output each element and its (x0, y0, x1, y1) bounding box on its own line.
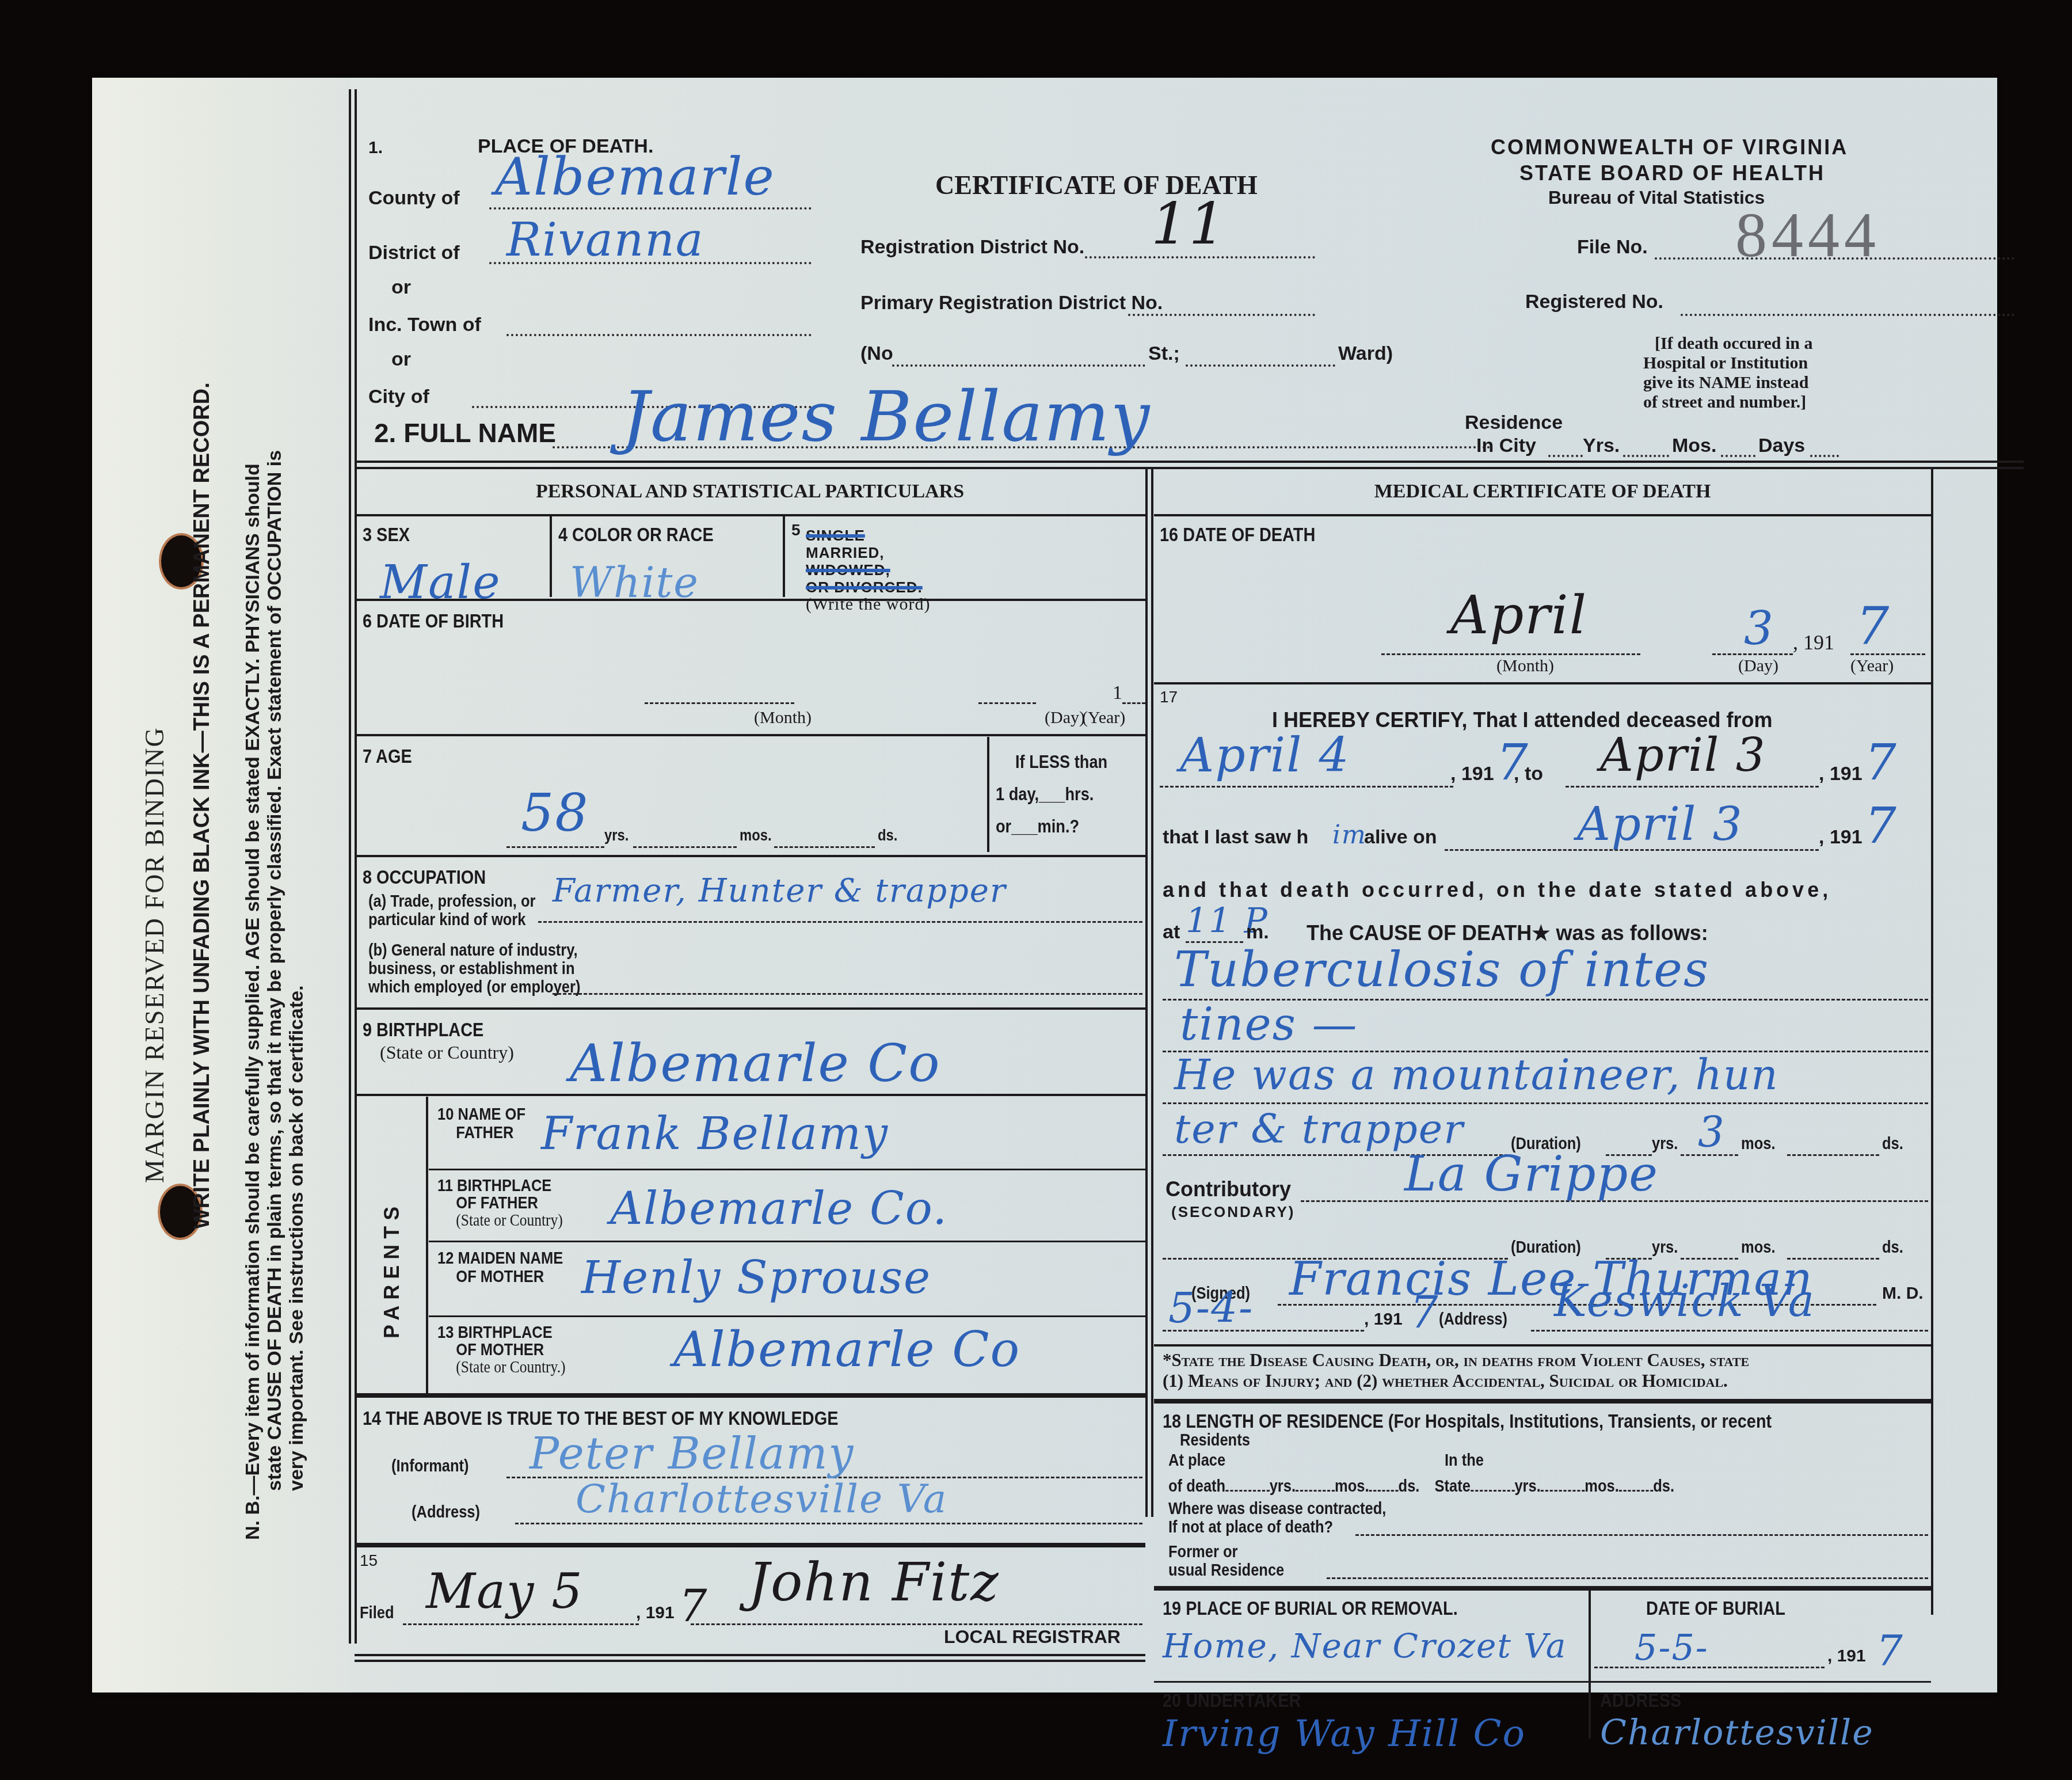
attended-to-year[interactable]: 7 (1865, 734, 1898, 792)
attended-to-year-prefix: , 191 (1819, 763, 1862, 785)
marital-option-divorced[interactable]: OR DIVORCED. (806, 579, 930, 596)
state-line-2: STATE BOARD OF HEALTH (1519, 161, 1825, 185)
undertaker-address-value[interactable]: Charlottesville (1600, 1713, 1874, 1753)
county-value[interactable]: Albemarle (495, 147, 775, 207)
residence-yrs-label: Yrs. (1583, 435, 1620, 457)
informant-value[interactable]: Peter Bellamy (530, 1428, 854, 1479)
age-yrs-label: yrs. (604, 826, 629, 845)
district-label: District of (368, 242, 460, 264)
last-saw-label: that I last saw h (1163, 826, 1308, 849)
alive-on-label: alive on (1364, 826, 1437, 849)
inc-town-field-line (506, 334, 812, 336)
signed-year-prefix: , 191 (1364, 1310, 1403, 1329)
filed-date-line (403, 1623, 639, 1625)
hospital-note-line: give its NAME instead (1643, 373, 1812, 393)
file-no-label: File No. (1577, 236, 1648, 258)
father-birthplace-label1: 11 BIRTHPLACE (437, 1177, 563, 1195)
marital-option-married[interactable]: MARRIED, (806, 544, 930, 561)
residence-section-label: 18 LENGTH OF RESIDENCE (For Hospitals, I… (1163, 1410, 1772, 1433)
primary-duration-ds-line (1787, 1154, 1879, 1156)
registered-no-label: Registered No. (1525, 291, 1663, 313)
of-death-label: of death (1168, 1477, 1225, 1496)
contracted-line1: Where was disease contracted, (1168, 1500, 1386, 1518)
dob-label: 6 DATE OF BIRTH (363, 610, 504, 633)
father-birthplace-label: 11 BIRTHPLACE OF FATHER (State or Countr… (437, 1177, 563, 1229)
state-line-3: Bureau of Vital Statistics (1548, 187, 1765, 208)
column-divider-2 (1151, 469, 1153, 1517)
filed-label: Filed (360, 1603, 394, 1623)
informant-address-line (515, 1523, 1142, 1524)
dob-year-prefix: 1 (1113, 682, 1122, 704)
contracted-label: Where was disease contracted, If not at … (1168, 1500, 1386, 1536)
residence-state-mos: mos. (1585, 1477, 1619, 1496)
dob-year-line (1122, 702, 1145, 704)
ward-label: Ward) (1338, 343, 1393, 365)
attended-to-value[interactable]: April 3 (1600, 728, 1766, 782)
attended-to-line (1566, 786, 1819, 788)
mother-name-label2: OF MOTHER (437, 1268, 563, 1286)
registration-district-value[interactable]: 11 (1151, 190, 1227, 257)
residents-label: Residents (1180, 1431, 1250, 1450)
margin-nb-line2: state CAUSE OF DEATH in plain terms, so … (264, 450, 286, 1491)
occupation-value[interactable]: Farmer, Hunter & trapper (553, 872, 1007, 910)
residence-label: Residence (1465, 412, 1563, 434)
marital-option-single[interactable]: SINGLE (806, 527, 930, 544)
occupation-a-label: (a) Trade, profession, or particular kin… (368, 892, 535, 929)
father-name-label2: FATHER (437, 1124, 525, 1142)
dod-day-caption: (Day) (1738, 656, 1778, 676)
personal-title-divider (355, 514, 1145, 516)
hospital-note-line: of street and number.] (1643, 393, 1812, 412)
margin-binding-text: MARGIN RESERVED FOR BINDING (139, 727, 170, 1183)
state-label: State (1435, 1477, 1471, 1496)
dod-year-prefix: , 191 (1793, 630, 1834, 655)
race-label: 4 COLOR OR RACE (558, 524, 714, 546)
occupation-a-line2: particular kind of work (368, 911, 535, 929)
residence-place-yrs: yrs. (1270, 1477, 1296, 1496)
row-divider-birthplace (355, 1094, 1145, 1096)
margin-nb-line3: very important. See instructions on back… (285, 985, 308, 1491)
hospital-note: [If death occured in a Hospital or Insti… (1643, 334, 1812, 412)
less-than-block: If LESS than 1 day,___hrs. or___min.? (996, 746, 1107, 842)
occupation-b-line3: which employed (or employer) (368, 978, 580, 997)
attended-from-year-prefix: , 191 (1450, 763, 1494, 785)
margin-nb-line1: N. B.—Every item of information should b… (242, 463, 264, 1540)
attended-from-line (1160, 786, 1453, 788)
age-label: 7 AGE (363, 746, 412, 768)
street-no-line (892, 364, 1145, 367)
primary-duration-ds: ds. (1882, 1134, 1903, 1154)
occupation-label: 8 OCCUPATION (363, 866, 486, 889)
or-label-1: or (391, 276, 411, 299)
signed-address-value[interactable]: Keswick Va (1554, 1275, 1815, 1326)
father-birthplace-label3: (State or Country) (437, 1212, 563, 1229)
row-divider-father-birthplace (429, 1241, 1145, 1242)
row-divider-father (429, 1169, 1145, 1170)
hospital-note-line: [If death occured in a (1643, 334, 1812, 353)
filed-date-value[interactable]: May 5 (426, 1563, 584, 1619)
row-divider-occupation (355, 1007, 1145, 1010)
left-bottom-border-2 (355, 1660, 1145, 1662)
item-1-number: 1. (368, 138, 383, 158)
medical-divider-footnote (1154, 1399, 1931, 1404)
mother-name-label: 12 MAIDEN NAME OF MOTHER (437, 1249, 563, 1286)
mother-birthplace-label2: OF MOTHER (437, 1341, 566, 1359)
primary-registration-line (1128, 314, 1315, 316)
secondary-label: (SECONDARY) (1171, 1203, 1295, 1221)
dod-month-line (1381, 653, 1640, 655)
inc-town-label: Inc. Town of (368, 314, 481, 336)
burial-date-label: DATE OF BURIAL (1646, 1598, 1785, 1620)
mother-birthplace-label3: (State or Country.) (437, 1359, 566, 1376)
informant-address-label: (Address) (412, 1503, 480, 1522)
parents-label: PARENTS (380, 1201, 404, 1338)
filed-year-prefix: , 191 (636, 1603, 675, 1623)
dod-label: 16 DATE OF DEATH (1160, 524, 1315, 546)
medical-divider-residence (1154, 1586, 1931, 1591)
former-line2: usual Residence (1168, 1561, 1284, 1580)
father-birthplace-label2: OF FATHER (437, 1195, 563, 1212)
footnote-line1: *State the Disease Causing Death, or, in… (1163, 1350, 1749, 1371)
marital-number: 5 (791, 521, 801, 539)
signed-date-value[interactable]: 5-4- (1168, 1284, 1254, 1332)
occupation-b-label: (b) General nature of industry, business… (368, 941, 580, 997)
last-saw-date-value[interactable]: April 3 (1577, 797, 1743, 851)
race-marital-divider (783, 516, 785, 597)
parents-divider (426, 1097, 428, 1393)
burial-place-value[interactable]: Home, Near Crozet Va (1163, 1626, 1567, 1665)
cert-number: 17 (1160, 688, 1178, 706)
header-divider-2 (355, 467, 2024, 469)
birthplace-label: 9 BIRTHPLACE (363, 1019, 483, 1041)
residence-mos-label: Mos. (1672, 435, 1716, 457)
row-divider-mother (429, 1315, 1145, 1317)
cause-line-3 (1163, 1102, 1928, 1104)
informant-address-value[interactable]: Charlottesville Va (576, 1477, 947, 1522)
mother-birthplace-label: 13 BIRTHPLACE OF MOTHER (State or Countr… (437, 1324, 566, 1376)
primary-duration-mos-value[interactable]: 3 (1698, 1108, 1726, 1157)
left-bottom-border (355, 1654, 1145, 1656)
file-no-value[interactable]: 8444 (1735, 199, 1880, 272)
occupation-a-line (538, 921, 1142, 923)
registered-no-line (1681, 314, 2014, 316)
form-left-border-inner (355, 89, 357, 1644)
column-divider (1145, 469, 1148, 1517)
signed-year[interactable]: 7 (1410, 1287, 1439, 1338)
attended-to-label: , to (1514, 763, 1543, 785)
residence-durations: of deathyrs.mos.ds. Stateyrs.mos.ds. (1168, 1477, 1674, 1496)
registrar-label: LOCAL REGISTRAR (944, 1626, 1121, 1648)
age-ds-label: ds. (878, 826, 897, 845)
dob-month-line (645, 702, 794, 704)
residence-days-line (1810, 455, 1839, 457)
header-divider (355, 461, 2024, 463)
mother-birthplace-label1: 13 BIRTHPLACE (437, 1324, 566, 1341)
medical-title-divider (1154, 514, 1931, 516)
marital-option-widowed[interactable]: WIDOWED, (806, 561, 930, 579)
filed-number: 15 (360, 1551, 378, 1570)
primary-registration-label: Primary Registration District No. (860, 292, 1163, 314)
former-line1: Former or (1168, 1543, 1284, 1561)
age-value[interactable]: 58 (521, 783, 589, 843)
md-label: M. D. (1882, 1284, 1924, 1303)
m-label: m. (1246, 921, 1269, 944)
less-than-line1: If LESS than (996, 746, 1107, 778)
district-value[interactable]: Rivanna (506, 213, 704, 267)
burial-date-line (1594, 1667, 1825, 1668)
occurred-text: and that death occurred, on the date sta… (1163, 878, 1831, 902)
in-the-label: In the (1445, 1451, 1484, 1470)
dod-month-caption: (Month) (1496, 656, 1554, 676)
dob-day-line (978, 702, 1036, 704)
residence-state-yrs: yrs. (1514, 1477, 1540, 1496)
father-name-label1: 10 NAME OF (437, 1105, 525, 1124)
residence-days-label: Days (1758, 435, 1805, 457)
birthplace-value[interactable]: Albemarle Co (570, 1033, 940, 1094)
city-label: City of (368, 386, 429, 408)
undertaker-address-label: ADDRESS (1600, 1690, 1681, 1712)
residence-yrs-line (1623, 455, 1669, 457)
footnote: *State the Disease Causing Death, or, in… (1163, 1350, 1749, 1391)
at-place-label: At place (1168, 1451, 1225, 1470)
father-name-label: 10 NAME OF FATHER (437, 1105, 525, 1142)
burial-place-label: 19 PLACE OF BURIAL OR REMOVAL. (1163, 1598, 1458, 1620)
at-label: at (1163, 921, 1180, 944)
or-label-2: or (391, 348, 411, 371)
street-no-label: (No (860, 343, 893, 365)
burial-divider (1589, 1589, 1591, 1739)
signed-address-label: (Address) (1439, 1310, 1507, 1329)
dod-year-caption: (Year) (1850, 656, 1894, 676)
age-ds-line (774, 846, 875, 848)
dod-month-value[interactable]: April (1450, 584, 1587, 646)
form-left-border (349, 89, 351, 1644)
occupation-b-line (553, 993, 1142, 995)
secondary-duration-ds: ds. (1882, 1238, 1903, 1257)
age-mos-label: mos. (740, 826, 772, 845)
age-less-than-divider (987, 737, 989, 852)
mother-birthplace-value[interactable]: Albemarle Co (673, 1321, 1020, 1378)
residence-mos-line (1721, 455, 1755, 457)
cause-value-line-2[interactable]: tines — (1180, 999, 1358, 1051)
full-name-value[interactable]: James Bellamy (622, 377, 1151, 457)
birthplace-sub: (State or Country) (380, 1042, 514, 1063)
cause-value-line-1[interactable]: Tuberculosis of intes (1174, 941, 1709, 998)
binding-margin (92, 78, 350, 1692)
last-saw-year-prefix: , 191 (1819, 826, 1862, 849)
form-right-border (1931, 469, 1933, 1615)
row-divider-age (355, 855, 1145, 857)
registrar-line (691, 1623, 1142, 1625)
row-divider-informant (355, 1543, 1145, 1547)
primary-duration-mos: mos. (1741, 1134, 1776, 1154)
sex-label: 3 SEX (363, 524, 410, 546)
footnote-line2: (1) Means of Injury; and (2) whether Acc… (1163, 1371, 1749, 1391)
certificate-paper: MARGIN RESERVED FOR BINDING WRITE PLAINL… (92, 78, 1997, 1692)
contracted-line (1355, 1534, 1928, 1536)
dob-day-caption: (Day) (1045, 708, 1085, 728)
margin-ink-notice: WRITE PLAINLY WITH UNFADING BLACK INK—TH… (190, 382, 215, 1229)
residence-place-mos: mos. (1335, 1477, 1369, 1496)
burial-date-value[interactable]: 5-5- (1635, 1626, 1709, 1668)
mother-name-label1: 12 MAIDEN NAME (437, 1249, 563, 1268)
row-divider-sex (355, 599, 1145, 601)
age-yrs-line (506, 846, 604, 848)
hospital-note-line: Hospital or Institution (1643, 353, 1812, 373)
knowledge-label: 14 THE ABOVE IS TRUE TO THE BEST OF MY K… (363, 1408, 838, 1430)
former-residence-label: Former or usual Residence (1168, 1543, 1284, 1580)
occupation-b-line2: business, or establishment in (368, 960, 580, 978)
registration-district-label: Registration District No. (860, 236, 1084, 258)
last-saw-year[interactable]: 7 (1865, 797, 1898, 855)
occupation-a-line1: (a) Trade, profession, or (368, 892, 535, 911)
residence-place-ds: ds. (1399, 1477, 1420, 1496)
medical-divider-burial (1154, 1681, 1931, 1683)
undertaker-value[interactable]: Irving Way Hill Co (1163, 1713, 1526, 1755)
father-birthplace-value[interactable]: Albemarle Co. (610, 1183, 948, 1235)
signed-address-line (1531, 1330, 1928, 1332)
medical-divider-signed (1154, 1344, 1931, 1347)
cause-value-line-3[interactable]: He was a mountaineer, hun (1174, 1051, 1779, 1099)
in-city-line (1548, 455, 1583, 457)
contributory-label: Contributory (1165, 1177, 1291, 1201)
mother-name-value[interactable]: Henly Sprouse (581, 1252, 931, 1304)
full-name-label: 2. FULL NAME (374, 417, 556, 448)
row-divider-parents (355, 1393, 1145, 1398)
dod-day-value[interactable]: 3 (1744, 602, 1774, 655)
dob-year-caption: (Year) (1082, 708, 1125, 728)
undertaker-label: 20 UNDERTAKER (1163, 1690, 1301, 1712)
personal-section-title: PERSONAL AND STATISTICAL PARTICULARS (355, 481, 1145, 503)
occupation-b-line1: (b) General nature of industry, (368, 941, 580, 960)
dob-month-caption: (Month) (754, 708, 812, 728)
medical-section-title: MEDICAL CERTIFICATE OF DEATH (1154, 481, 1931, 503)
contributory-value[interactable]: La Grippe (1404, 1146, 1659, 1202)
father-name-value[interactable]: Frank Bellamy (541, 1108, 889, 1160)
state-line-1: COMMONWEALTH OF VIRGINIA (1491, 135, 1848, 159)
residence-state-ds: ds. (1653, 1477, 1674, 1496)
in-city-label: In City (1476, 435, 1536, 457)
sex-value[interactable]: Male (380, 556, 501, 609)
attended-from-value[interactable]: April 4 (1180, 728, 1350, 783)
age-mos-line (633, 846, 737, 848)
burial-year-prefix: , 191 (1827, 1646, 1866, 1666)
county-label: County of (368, 187, 460, 210)
registrar-signature[interactable]: John Fitz (748, 1551, 1000, 1613)
last-saw-pronoun[interactable]: im (1332, 820, 1367, 850)
less-than-line3: or___min.? (996, 810, 1107, 842)
less-than-line2: 1 day,___hrs. (996, 778, 1107, 810)
informant-label: (Informant) (391, 1456, 469, 1476)
county-field-line (489, 207, 812, 210)
row-divider-dob (355, 734, 1145, 736)
contracted-line2: If not at place of death? (1168, 1518, 1386, 1536)
street-label: St.; (1148, 343, 1180, 365)
ward-line (1186, 364, 1335, 367)
burial-year[interactable]: 7 (1876, 1626, 1904, 1675)
medical-divider-dod (1154, 682, 1931, 684)
dod-year-value[interactable]: 7 (1856, 596, 1890, 656)
former-residence-line (1327, 1577, 1928, 1579)
sex-race-divider (550, 516, 552, 597)
